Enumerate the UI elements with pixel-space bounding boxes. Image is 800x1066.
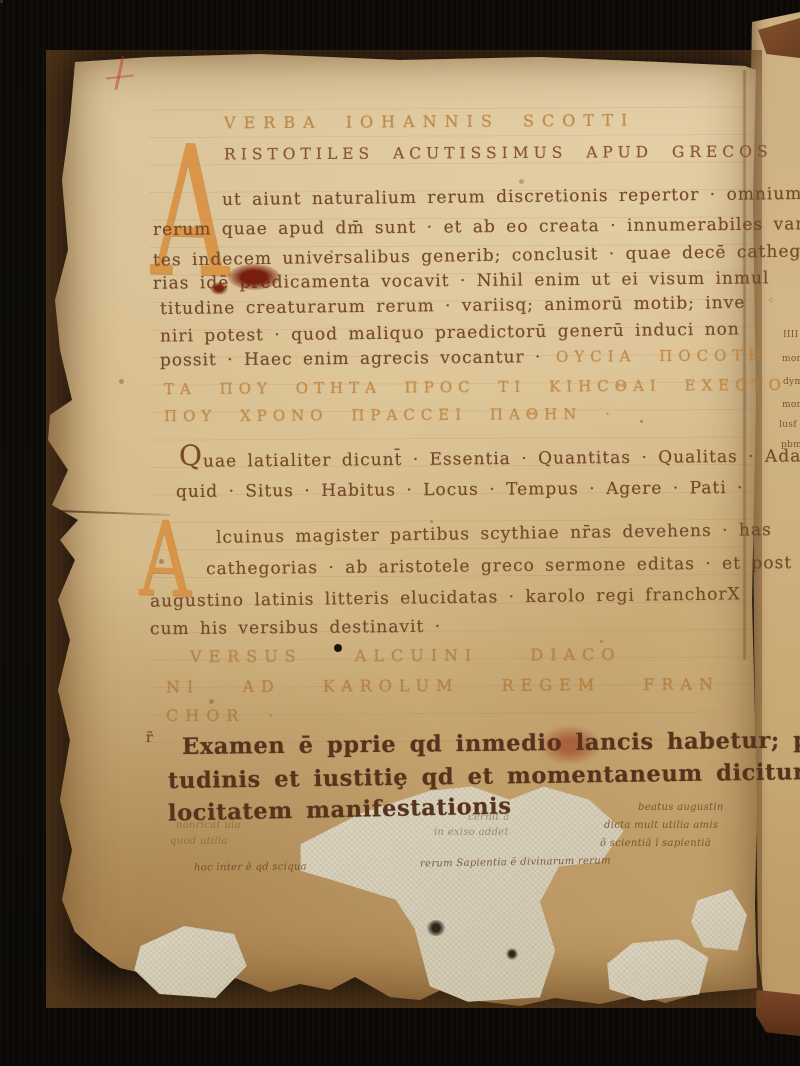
greek-categories-inline: ΟΥCΙΑ ΠΟCΟΤΗ — [556, 346, 768, 365]
text-line: cum his versibus destinavit · — [150, 617, 441, 640]
text-line: quid · Situs · Habitus · Locus · Tempus … — [176, 478, 744, 502]
greek-categories-line: ΠΟΥ ΧΡΟΝΟ ΠΡΑCCΕΙ ΠΑΘΗΝ · — [164, 405, 616, 425]
initial-Q: Q — [179, 442, 202, 470]
folio-fore-edge — [752, 990, 800, 1036]
marginal-mark: r̃ — [146, 730, 154, 746]
next-folio-fragment: mor — [782, 354, 800, 364]
parchment-flecks — [0, 0, 3, 3]
gloss: quod utilia — [170, 836, 228, 847]
ink-blot — [210, 282, 228, 295]
capitals-line: RISTOTILES ACUTISSIMUS APUD GRECOS — [224, 143, 773, 164]
manuscript-photo: ⁖ IIII mor dym mor lusf pbm VERBA IOHANN… — [0, 0, 800, 1066]
ink-blot — [228, 264, 280, 290]
next-folio-fragment: mor — [782, 400, 800, 410]
gloss: dicta mult utilia amis — [604, 820, 718, 831]
versus-rubric-line: CHOR · — [166, 706, 281, 725]
gloss: nonricat uia — [176, 820, 241, 831]
versus-rubric-line: NI AD KAROLUM REGEM FRAN — [166, 675, 720, 697]
gloss: ō scientiā ī sapientiā — [600, 838, 711, 849]
parchment-hole — [426, 920, 446, 936]
next-folio-fragment: lusf — [779, 420, 797, 430]
gloss: beatus augustin — [638, 802, 724, 813]
wormhole — [334, 644, 342, 652]
gloss: hoc inter ē qd sciqua — [194, 862, 307, 874]
gloss: in exiso addet — [434, 827, 509, 838]
versus-rubric-line: VERSUS ALCUINI DIACO — [190, 645, 622, 666]
gloss: cernit ā — [468, 812, 510, 823]
rubric-title: VERBA IOHANNIS SCOTTI — [224, 111, 635, 133]
text-line: possit · Haec enim agrecis vocantur · — [160, 347, 542, 370]
next-folio-fragment: IIII — [783, 330, 798, 340]
next-folio-fragment: ⁖ — [768, 296, 774, 306]
parchment-hole — [506, 948, 518, 960]
